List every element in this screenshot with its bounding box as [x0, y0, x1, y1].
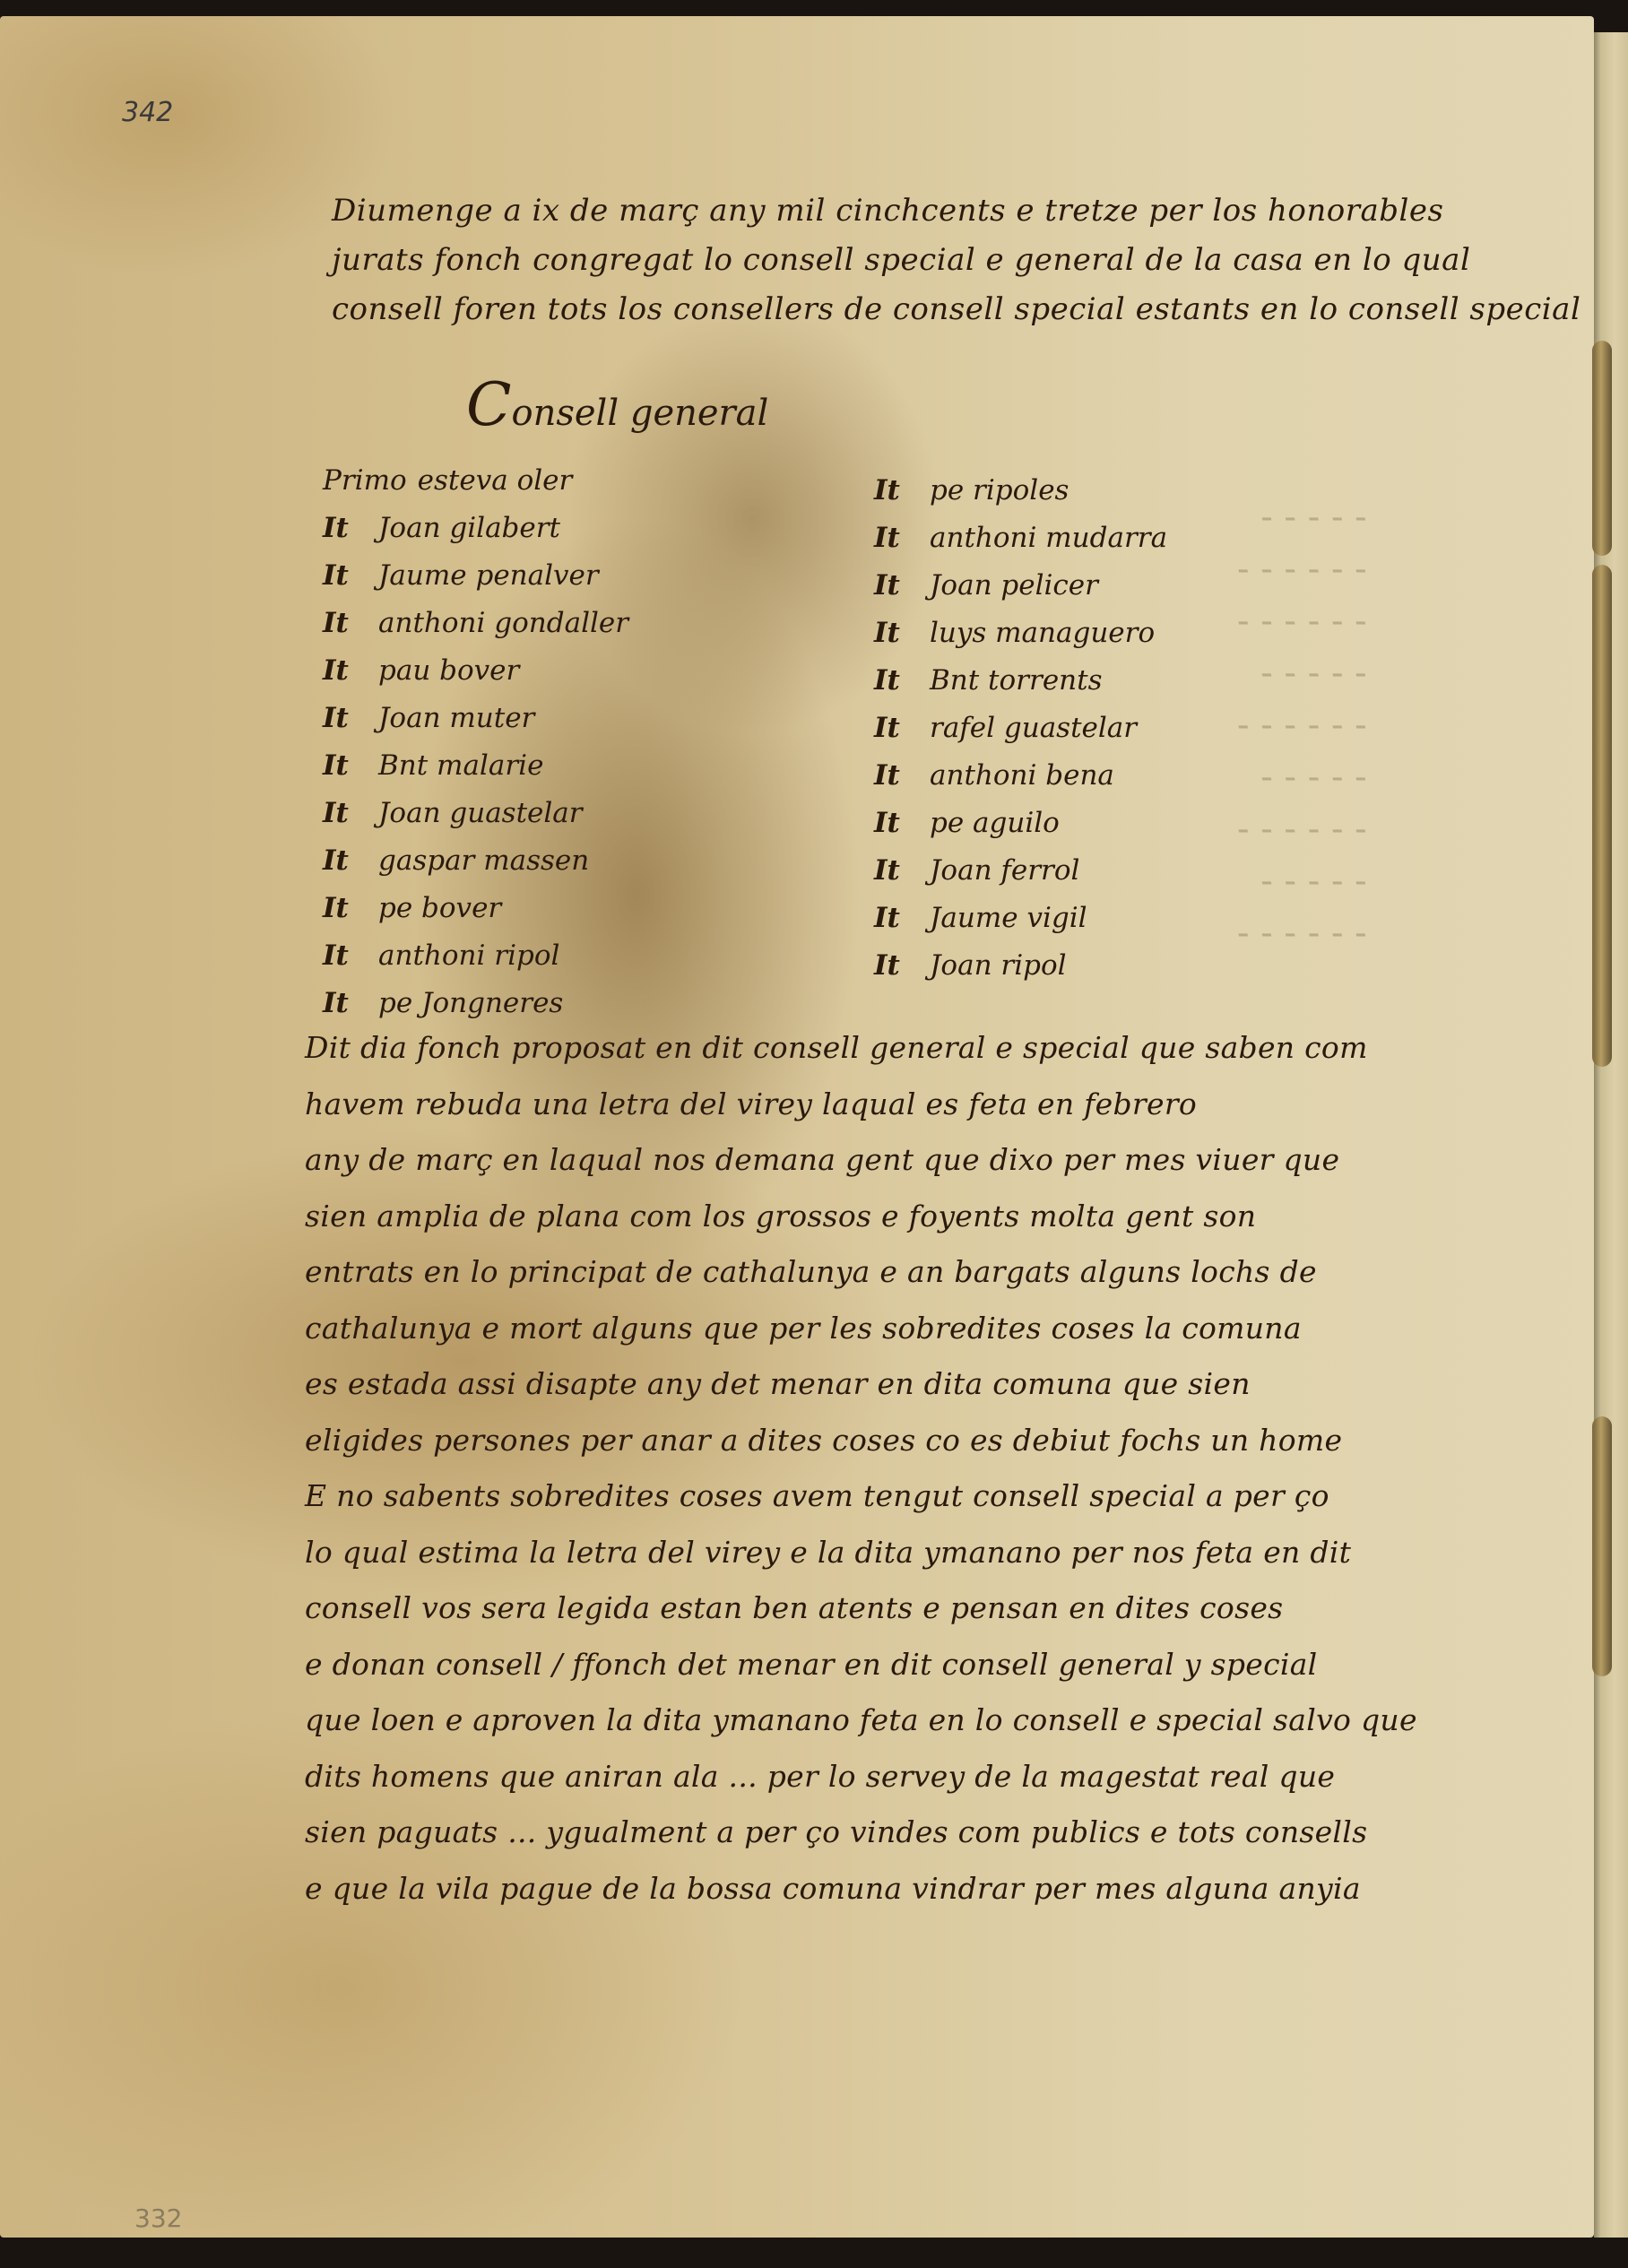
- body-line: entrats en lo principat de cathalunya e …: [305, 1244, 1372, 1301]
- member-row: ItBnt torrents: [874, 657, 1167, 705]
- proceedings-paragraph: Dit dia fonch proposat en dit consell ge…: [305, 1020, 1372, 1917]
- member-row: Itluys managuero: [874, 610, 1167, 657]
- member-row: ItBnt malarie: [323, 742, 628, 790]
- member-row: Itanthoni bena: [874, 752, 1167, 800]
- body-line: Dit dia fonch proposat en dit consell ge…: [305, 1020, 1372, 1077]
- member-row: Itanthoni mudarra: [874, 515, 1167, 562]
- member-row: Itgaspar massen: [323, 837, 628, 885]
- heading-paragraph: Diumenge a ix de març any mil cinchcents…: [332, 186, 1363, 334]
- heading-line: jurats fonch congregat lo consell specia…: [332, 236, 1363, 285]
- member-row: Itanthoni ripol: [323, 932, 628, 980]
- manuscript-page: - - - - - - - - - - - - - - - - - - - - …: [0, 16, 1594, 2238]
- body-line: E no sabents sobredites coses avem tengu…: [305, 1468, 1372, 1525]
- binding-stitch: [1592, 341, 1612, 556]
- body-line: dits homens que aniran ala ... per lo se…: [305, 1749, 1372, 1805]
- members-right-column: Itpe ripoles Itanthoni mudarra ItJoan pe…: [874, 467, 1167, 990]
- heading-line: consell foren tots los consellers de con…: [332, 285, 1363, 334]
- member-row: Primoesteva oler: [323, 457, 628, 505]
- member-row: ItJaume vigil: [874, 895, 1167, 942]
- body-line: sien paguats ... ygualment a per ço vind…: [305, 1805, 1372, 1861]
- body-line: cathalunya e mort alguns que per les sob…: [305, 1301, 1372, 1357]
- binding-stitch: [1592, 1416, 1612, 1676]
- section-title-consell-general: Consell general: [466, 370, 768, 439]
- body-line: consell vos sera legida estan ben atents…: [305, 1580, 1372, 1637]
- body-line: havem rebuda una letra del virey laqual …: [305, 1077, 1372, 1133]
- members-left-column: Primoesteva oler ItJoan gilabert ItJaume…: [323, 457, 628, 1027]
- body-line: que loen e aproven la dita ymanano feta …: [305, 1692, 1372, 1749]
- folio-number-bottom: 332: [134, 2203, 182, 2233]
- body-line: e donan consell / ffonch det menar en di…: [305, 1637, 1372, 1693]
- binding-stitch: [1592, 565, 1612, 1067]
- member-row: Itpe ripoles: [874, 467, 1167, 515]
- member-row: Itpe bover: [323, 885, 628, 932]
- body-line: any de març en laqual nos demana gent qu…: [305, 1132, 1372, 1189]
- member-row: ItJoan guastelar: [323, 790, 628, 837]
- heading-line: Diumenge a ix de març any mil cinchcents…: [332, 186, 1363, 236]
- section-title-text: onsell general: [512, 393, 769, 434]
- folio-number-top: 342: [122, 97, 173, 128]
- body-line: sien amplia de plana com los grossos e f…: [305, 1189, 1372, 1245]
- body-line: lo qual estima la letra del virey e la d…: [305, 1525, 1372, 1581]
- member-row: Itpe aguilo: [874, 800, 1167, 847]
- member-row: ItJaume penalver: [323, 552, 628, 600]
- member-row: Itpau bover: [323, 647, 628, 695]
- section-title-initial: C: [466, 370, 512, 439]
- member-row: ItJoan muter: [323, 695, 628, 742]
- bleed-through-text: - - - - - - - - - - - - - - - - - - - - …: [1237, 491, 1367, 959]
- member-row: ItJoan gilabert: [323, 505, 628, 552]
- body-line: e que la vila pague de la bossa comuna v…: [305, 1861, 1372, 1917]
- member-row: ItJoan ripol: [874, 942, 1167, 990]
- member-row: Itrafel guastelar: [874, 705, 1167, 752]
- body-line: eligides persones per anar a dites coses…: [305, 1413, 1372, 1469]
- member-row: ItJoan pelicer: [874, 562, 1167, 610]
- body-line: es estada assi disapte any det menar en …: [305, 1356, 1372, 1413]
- member-row: ItJoan ferrol: [874, 847, 1167, 895]
- member-row: Itanthoni gondaller: [323, 600, 628, 647]
